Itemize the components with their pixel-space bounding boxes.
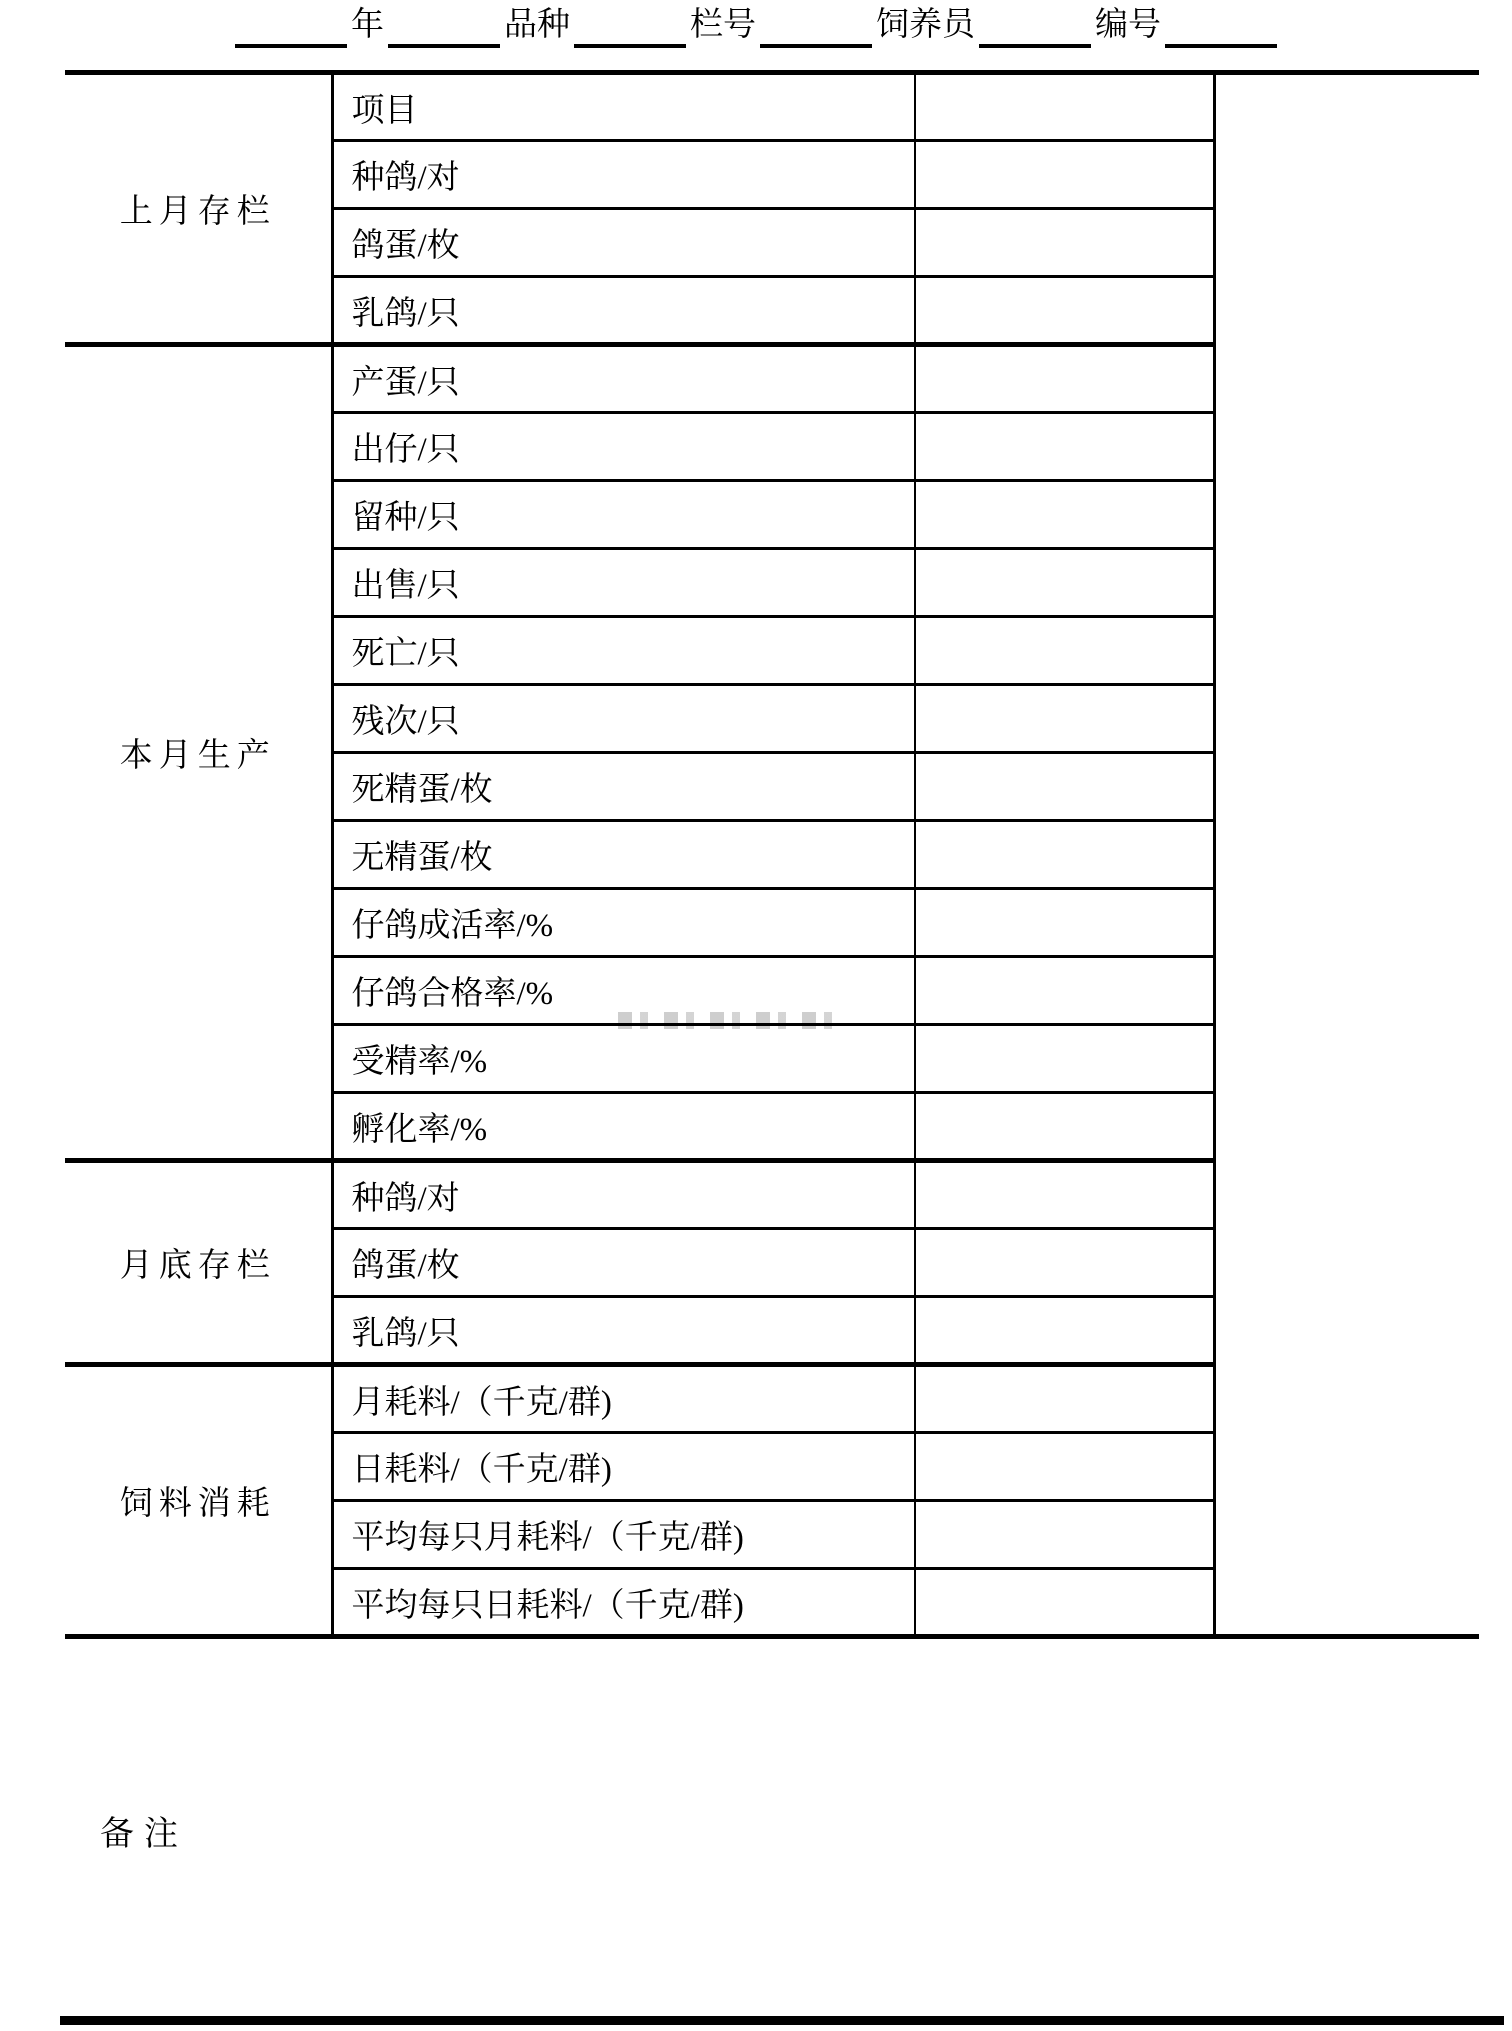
value-cell: [915, 1093, 1214, 1161]
group-label: 本月生产: [65, 345, 332, 1161]
header-blank: [235, 4, 347, 48]
value-cell: [915, 957, 1214, 1025]
item-label: 乳鸽/只: [332, 1297, 915, 1365]
value-cell: [915, 549, 1214, 617]
record-table: 上月存栏项目种鸽/对鸽蛋/枚乳鸽/只本月生产产蛋/只出仔/只留种/只出售/只死亡…: [65, 70, 1479, 1639]
header-blank: [388, 4, 500, 48]
value-cell: [915, 413, 1214, 481]
remarks-label: 备注: [100, 1806, 188, 1855]
value-cell: [915, 1365, 1214, 1433]
value-cell: [915, 345, 1214, 413]
value-cell: [915, 1025, 1214, 1093]
value-cell: [915, 209, 1214, 277]
item-label: 出售/只: [332, 549, 915, 617]
item-label: 孵化率/%: [332, 1093, 915, 1161]
group-label: 月底存栏: [65, 1161, 332, 1365]
header-blank: [574, 4, 686, 48]
item-label: 乳鸽/只: [332, 277, 915, 345]
header-blank: [979, 4, 1091, 48]
item-label: 残次/只: [332, 685, 915, 753]
item-label: 月耗料/（千克/群): [332, 1365, 915, 1433]
header-field-label: 品种: [504, 2, 570, 48]
header-blank: [1165, 4, 1277, 48]
form-page: 年品种栏号饲养员编号 上月存栏项目种鸽/对鸽蛋/枚乳鸽/只本月生产产蛋/只出仔/…: [0, 0, 1512, 2031]
value-cell: [915, 1229, 1214, 1297]
item-label: 平均每只日耗料/（千克/群): [332, 1569, 915, 1637]
item-label: 仔鸽成活率/%: [332, 889, 915, 957]
value-cell: [915, 821, 1214, 889]
value-cell: [915, 753, 1214, 821]
item-label: 出仔/只: [332, 413, 915, 481]
value-cell: [915, 1297, 1214, 1365]
item-label: 仔鸽合格率/%: [332, 957, 915, 1025]
header-field-label: 年: [351, 2, 384, 48]
item-label: 种鸽/对: [332, 141, 915, 209]
value-cell: [915, 277, 1214, 345]
bottom-rule: [60, 2016, 1504, 2025]
group-label: 饲料消耗: [65, 1365, 332, 1637]
item-label: 无精蛋/枚: [332, 821, 915, 889]
value-cell: [915, 1161, 1214, 1229]
item-label: 产蛋/只: [332, 345, 915, 413]
value-cell: [915, 685, 1214, 753]
item-label: 死精蛋/枚: [332, 753, 915, 821]
value-cell: [915, 1501, 1214, 1569]
group-label: 上月存栏: [65, 73, 332, 345]
header-field-label: 饲养员: [876, 2, 975, 48]
item-label: 平均每只月耗料/（千克/群): [332, 1501, 915, 1569]
header-blank: [760, 4, 872, 48]
item-label: 鸽蛋/枚: [332, 1229, 915, 1297]
value-cell: [915, 141, 1214, 209]
item-label: 种鸽/对: [332, 1161, 915, 1229]
value-cell: [915, 889, 1214, 957]
value-cell: [915, 73, 1214, 141]
item-label: 项目: [332, 73, 915, 141]
record-table-body: 上月存栏项目种鸽/对鸽蛋/枚乳鸽/只本月生产产蛋/只出仔/只留种/只出售/只死亡…: [65, 73, 1479, 1637]
item-label: 受精率/%: [332, 1025, 915, 1093]
value-cell: [915, 617, 1214, 685]
header-fill-in-line: 年品种栏号饲养员编号: [0, 2, 1512, 48]
header-field-label: 栏号: [690, 2, 756, 48]
value-cell: [915, 1433, 1214, 1501]
item-label: 留种/只: [332, 481, 915, 549]
item-label: 鸽蛋/枚: [332, 209, 915, 277]
item-label: 日耗料/（千克/群): [332, 1433, 915, 1501]
item-label: 死亡/只: [332, 617, 915, 685]
table-row: 上月存栏项目: [65, 73, 1479, 141]
value-cell: [915, 481, 1214, 549]
header-field-label: 编号: [1095, 2, 1161, 48]
spare-column: [1214, 73, 1479, 1637]
value-cell: [915, 1569, 1214, 1637]
